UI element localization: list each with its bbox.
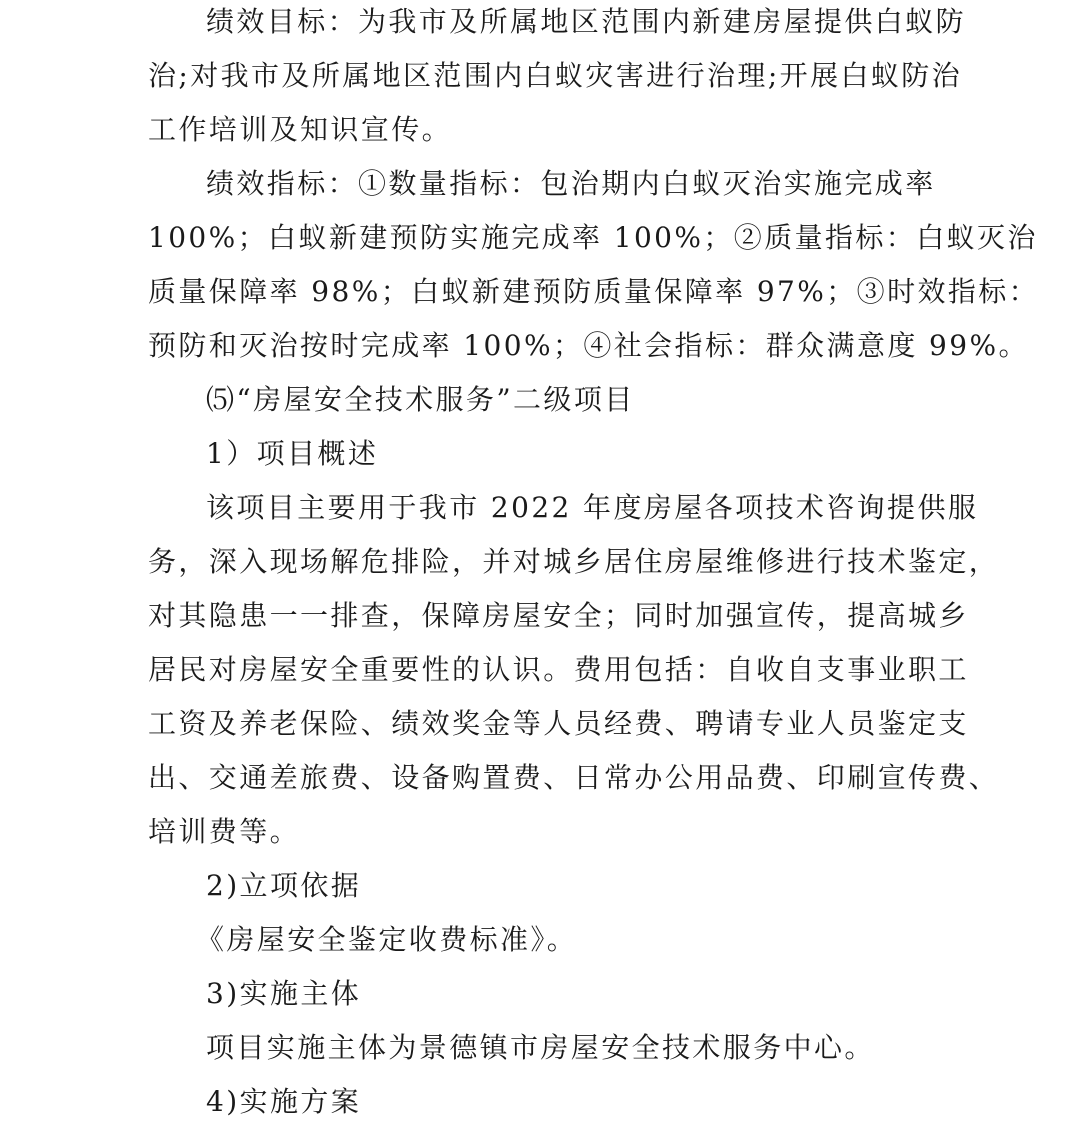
paragraph-overview-line-4: 居民对房屋安全重要性的认识。费用包括：自收自支事业职工 (148, 650, 969, 690)
paragraph-overview-line-7: 培训费等。 (148, 812, 300, 852)
document-page: 绩效目标：为我市及所属地区范围内新建房屋提供白蚁防 治;对我市及所属地区范围内白… (0, 0, 1074, 1132)
subheading-project-basis: 2)立项依据 (206, 866, 361, 906)
subheading-implementing-entity: 3)实施主体 (206, 974, 361, 1014)
subheading-project-overview: 1）项目概述 (206, 434, 378, 474)
paragraph-performance-goal-line-3: 工作培训及知识宣传。 (148, 110, 452, 150)
paragraph-performance-goal-line-1: 绩效目标：为我市及所属地区范围内新建房屋提供白蚁防 (206, 2, 966, 42)
paragraph-overview-line-1: 该项目主要用于我市 2022 年度房屋各项技术咨询提供服 (206, 488, 978, 528)
paragraph-project-basis: 《房屋安全鉴定收费标准》。 (196, 920, 577, 960)
section-heading-housing-safety-service: ⑸“房屋安全技术服务”二级项目 (206, 380, 635, 420)
paragraph-implementing-entity: 项目实施主体为景德镇市房屋安全技术服务中心。 (206, 1028, 875, 1068)
paragraph-overview-line-2: 务，深入现场解危排险，并对城乡居住房屋维修进行技术鉴定， (148, 542, 999, 582)
paragraph-performance-indicators-line-4: 预防和灭治按时完成率 100%；④社会指标：群众满意度 99%。 (148, 326, 1029, 366)
paragraph-performance-indicators-line-2: 100%；白蚁新建预防实施完成率 100%；②质量指标：白蚁灭治 (148, 218, 1038, 258)
subheading-implementation-plan: 4)实施方案 (206, 1082, 361, 1122)
paragraph-performance-indicators-line-3: 质量保障率 98%；白蚁新建预防质量保障率 97%；③时效指标： (148, 272, 1039, 312)
paragraph-overview-line-6: 出、交通差旅费、设备购置费、日常办公用品费、印刷宣传费、 (148, 758, 999, 798)
paragraph-performance-goal-line-2: 治;对我市及所属地区范围内白蚁灾害进行治理;开展白蚁防治 (148, 56, 962, 96)
paragraph-overview-line-3: 对其隐患一一排查，保障房屋安全；同时加强宣传，提高城乡 (148, 596, 969, 636)
paragraph-overview-line-5: 工资及养老保险、绩效奖金等人员经费、聘请专业人员鉴定支 (148, 704, 969, 744)
paragraph-performance-indicators-line-1: 绩效指标：①数量指标：包治期内白蚁灭治实施完成率 (206, 164, 936, 204)
